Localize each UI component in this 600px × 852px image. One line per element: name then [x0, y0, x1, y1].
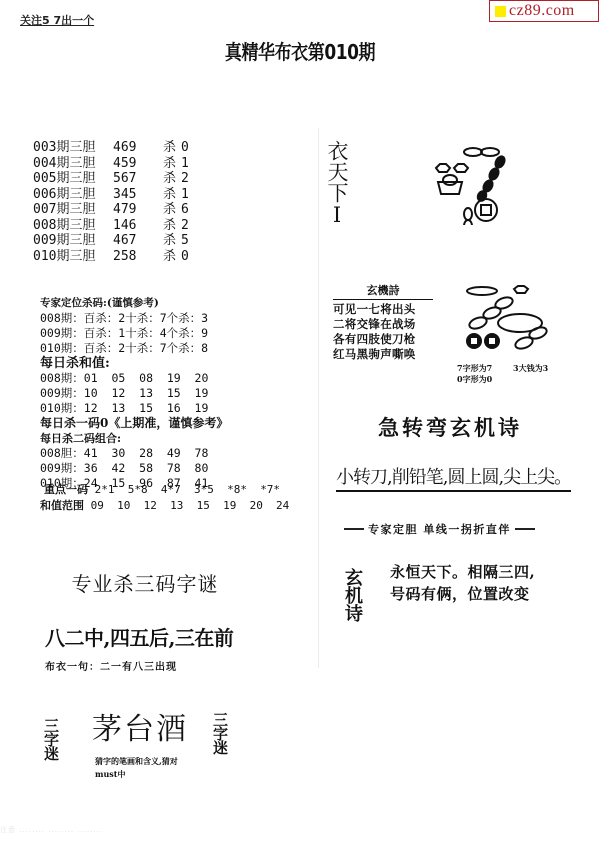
brain-teaser-text: 小转刀,削铅笔,圆上圆,尖上尖。: [336, 463, 571, 492]
mystic-poem: 玄機詩 可见一七将出头 二将交锋在战场 各有四肢使刀枪 红马黑驹声嘶唤: [333, 282, 433, 362]
top-note: 关注5 7出一个: [20, 12, 94, 28]
riddle-text: 八二中,四五后,三在前: [45, 622, 233, 651]
page-title: 真精华布衣第010期: [45, 36, 555, 65]
riddle-word: 茅台酒: [92, 704, 188, 748]
column-divider: [318, 128, 319, 668]
sum-row: 008期：01 05 08 19 20: [40, 371, 228, 386]
list-item: 005期三胆567杀2: [33, 171, 189, 187]
three-char-label-right: 三字迷: [211, 712, 229, 754]
list-item: 008期三胆146杀2: [33, 218, 189, 234]
poem-line: 二将交锋在战场: [333, 317, 433, 332]
poem-line: 可见一七将出头: [333, 302, 433, 317]
poem-title: 玄機詩: [333, 282, 433, 300]
sum-header: 每日杀和值:: [40, 356, 228, 371]
position-row: 010期：百杀：2十杀：7个杀：8: [40, 341, 228, 356]
expert-dan-line: 专家定胆 单线一拐折直伴: [340, 521, 539, 537]
range-values: 09 10 12 13 15 19 20 24: [91, 499, 290, 512]
riddle-sub: 布衣一句：二一有八三出现: [45, 658, 177, 673]
expert-dan-text: 专家定胆 单线一拐折直伴: [368, 521, 511, 537]
list-item: 009期三胆467杀5: [33, 233, 189, 249]
yitian-vertical: 衣天下I: [325, 140, 348, 227]
site-logo[interactable]: cz89.com: [489, 0, 599, 22]
sanda-list: 003期三胆469杀0 004期三胆459杀1 005期三胆567杀2 006期…: [33, 140, 189, 264]
expert-header: 专家定位杀码:(谨慎参考): [40, 296, 228, 311]
riddle-title: 专业杀三码字谜: [40, 568, 250, 597]
position-row: 009期：百杀：1十杀：4个杀：9: [40, 326, 228, 341]
riddle-hint: 猜字的笔画和含义,猜对must中: [95, 755, 180, 781]
poem-line: 各有四肢使刀枪: [333, 332, 433, 347]
dash-divider: [515, 528, 535, 530]
list-item: 006期三胆345杀1: [33, 187, 189, 203]
list-item: 003期三胆469杀0: [33, 140, 189, 156]
poem-line: 永恒天下。相隔三四,: [390, 561, 535, 583]
dash-divider: [344, 528, 364, 530]
brain-teaser-title: 急转弯玄机诗: [320, 412, 580, 442]
coin-seven-illustration-icon: [460, 283, 555, 353]
two-code-header: 每日杀二码组合:: [40, 431, 228, 446]
key-code-line: 重点一码 2*1 5*8 4*7 3*5 *8* *7*: [44, 481, 280, 497]
list-item: 010期三胆258杀0: [33, 249, 189, 265]
range-label: 和值范围: [40, 499, 84, 512]
pic-caption: 7字形为7: [457, 363, 492, 374]
pic-caption: 3大钱为3: [513, 363, 548, 374]
two-code-row: 008胆：41 30 28 49 78: [40, 446, 228, 461]
poem-line: 号码有俩，位置改变: [390, 583, 535, 605]
key-values: 2*1 5*8 4*7 3*5 *8* *7*: [95, 483, 280, 496]
expert-section: 专家定位杀码:(谨慎参考) 008期：百杀：2十杀：7个杀：3 009期：百杀：…: [40, 296, 228, 491]
three-char-label-left: 三字迷: [42, 718, 60, 760]
xuanji-poem-vertical: 玄机诗: [337, 568, 367, 622]
position-row: 008期：百杀：2十杀：7个杀：3: [40, 311, 228, 326]
xuanji-poem: 永恒天下。相隔三四, 号码有俩，位置改变: [390, 561, 535, 605]
poem-line: 红马黑驹声嘶唤: [333, 347, 433, 362]
logo-square-icon: [495, 6, 506, 17]
logo-text: cz89.com: [509, 2, 575, 20]
list-item: 004期三胆459杀1: [33, 156, 189, 172]
two-code-row: 009期：36 42 58 78 80: [40, 461, 228, 476]
coin-chain-illustration-icon: [428, 140, 528, 225]
list-item: 007期三胆479杀6: [33, 202, 189, 218]
key-label: 重点一码: [44, 483, 88, 496]
sum-row: 010期：12 13 15 16 19: [40, 401, 228, 416]
one-code-line: 每日杀一码0《上期准，谨慎参考》: [40, 416, 228, 431]
faint-footer-text: 注意 ........ ........ ........: [0, 825, 103, 835]
sum-range-line: 和值范围 09 10 12 13 15 19 20 24: [40, 497, 289, 513]
sum-row: 009期：10 12 13 15 19: [40, 386, 228, 401]
pic-caption: 0字形为0: [457, 374, 492, 385]
